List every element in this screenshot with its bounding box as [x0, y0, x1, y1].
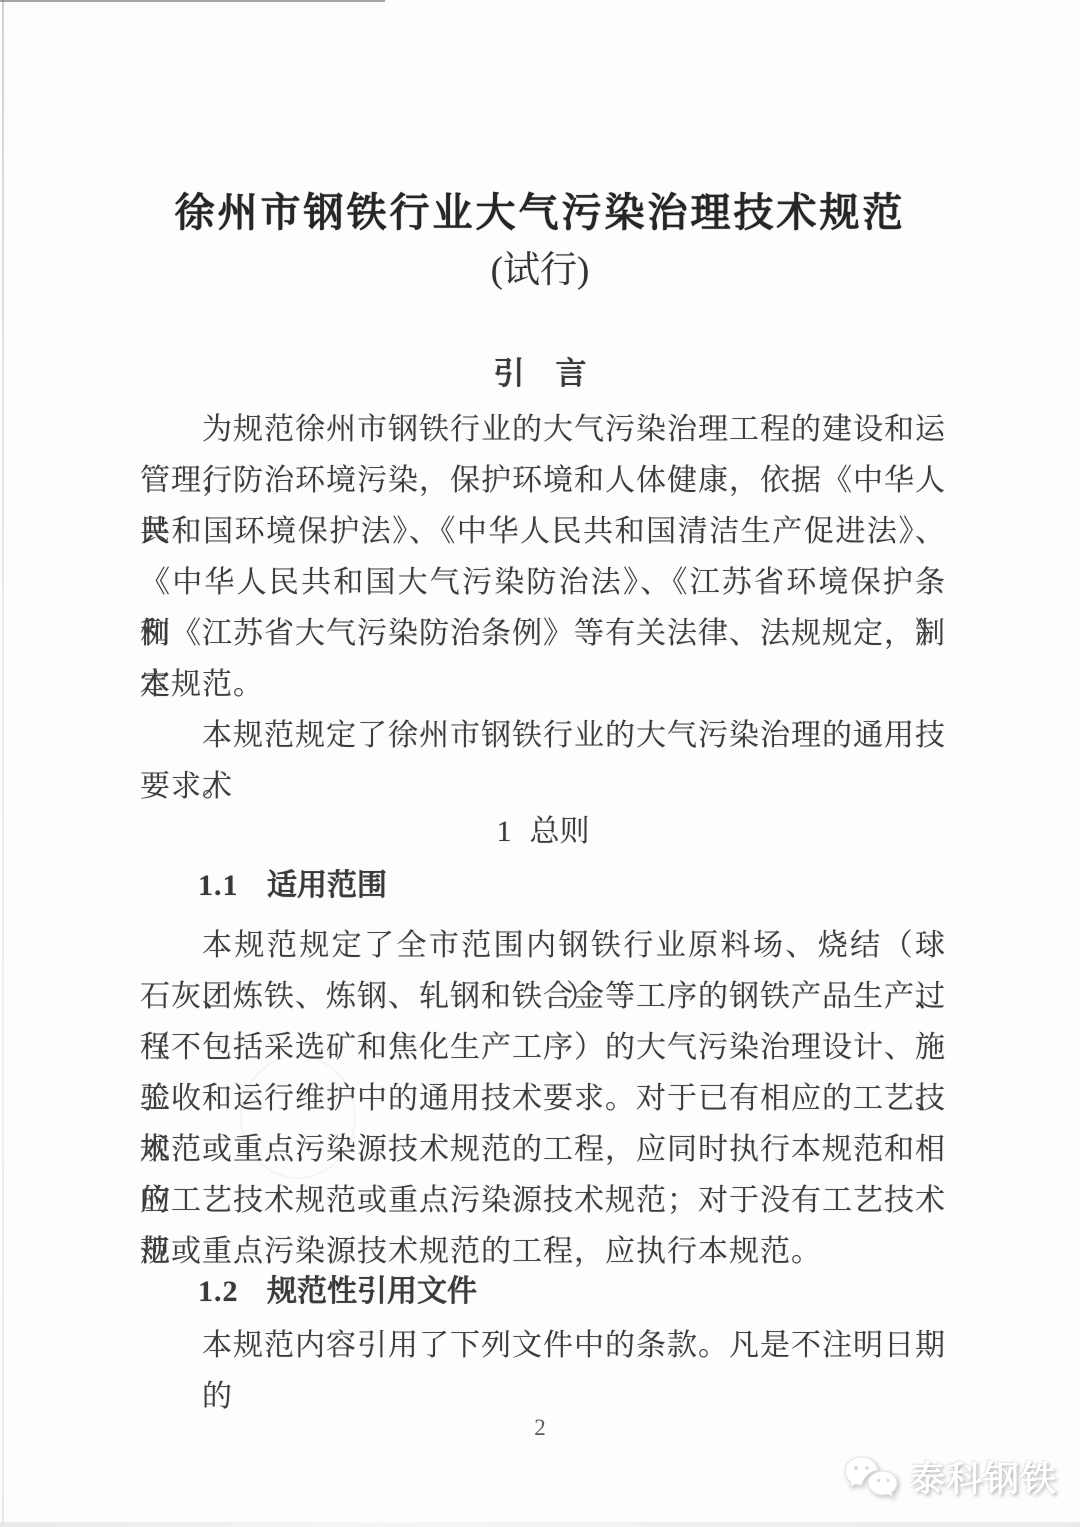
text-line: 石灰、炼铁、炼钢、轧钢和铁合金等工序的钢铁产品生产过程: [140, 971, 946, 1022]
foreword-paragraph-1: 为规范徐州市钢铁行业的大气污染治理工程的建设和运行 管理，防治环境污染，保护环境…: [140, 404, 946, 710]
text-line: 规范或重点污染源技术规范的工程，应同时执行本规范和相应: [140, 1124, 946, 1175]
watermark-text: 泰科钢铁: [910, 1452, 1058, 1502]
document-subtitle: (试行): [0, 243, 1080, 299]
text-line: 验收和运行维护中的通用技术要求。对于已有相应的工艺技术: [140, 1073, 946, 1124]
wechat-icon: [842, 1453, 900, 1501]
foreword-heading: 引 言: [0, 352, 1080, 396]
text-line: 本规范规定了徐州市钢铁行业的大气污染治理的通用技术: [140, 710, 946, 761]
watermark: 泰科钢铁: [842, 1452, 1058, 1502]
text-line: 为规范徐州市钢铁行业的大气污染治理工程的建设和运行: [140, 404, 946, 455]
section-title: 适用范围: [267, 869, 387, 902]
page-number: 2: [0, 1412, 1080, 1444]
document-page: 徐州市钢铁行业大气污染治理技术规范 (试行) 引 言 为规范徐州市钢铁行业的大气…: [0, 0, 1080, 1527]
text-line: 本规范规定了全市范围内钢铁行业原料场、烧结（球团）、: [140, 920, 946, 971]
section-title: 总则: [530, 815, 590, 848]
text-line: 本规范。: [140, 659, 946, 710]
section-number: 1.1: [198, 869, 239, 902]
section-number: 1: [497, 815, 512, 848]
text-line: 本规范内容引用了下列文件中的条款。凡是不注明日期的: [140, 1320, 946, 1371]
section-1-1-paragraph: 本规范规定了全市范围内钢铁行业原料场、烧结（球团）、 石灰、炼铁、炼钢、轧钢和铁…: [140, 920, 946, 1277]
section-title: 规范性引用文件: [267, 1275, 477, 1308]
text-line: 共和国环境保护法》、《中华人民共和国清洁生产促进法》、: [140, 506, 946, 557]
text-line: 范或重点污染源技术规范的工程，应执行本规范。: [140, 1226, 946, 1277]
text-line: 管理，防治环境污染，保护环境和人体健康，依据《中华人民: [140, 455, 946, 506]
scan-edge-top-smudge: [0, 0, 385, 2]
section-1-2-paragraph: 本规范内容引用了下列文件中的条款。凡是不注明日期的: [140, 1320, 946, 1371]
text-line: 《中华人民共和国大气污染防治法》、《江苏省环境保护条例》: [140, 557, 946, 608]
section-1-heading: 1总则: [140, 812, 946, 852]
scan-edge-bottom-band: [0, 1522, 1080, 1527]
text-line: 要求。: [140, 761, 946, 812]
section-1-2-heading: 1.2规范性引用文件: [140, 1272, 1004, 1312]
foreword-paragraph-2: 本规范规定了徐州市钢铁行业的大气污染治理的通用技术 要求。: [140, 710, 946, 812]
text-line: 和《江苏省大气污染防治条例》等有关法律、法规规定，制定: [140, 608, 946, 659]
section-number: 1.2: [198, 1275, 239, 1308]
section-1-1-heading: 1.1适用范围: [140, 866, 1004, 906]
text-line: （不包括采选矿和焦化生产工序）的大气污染治理设计、施工、: [140, 1022, 946, 1073]
text-line: 的工艺技术规范或重点污染源技术规范；对于没有工艺技术规: [140, 1175, 946, 1226]
document-title: 徐州市钢铁行业大气污染治理技术规范: [0, 188, 1080, 238]
